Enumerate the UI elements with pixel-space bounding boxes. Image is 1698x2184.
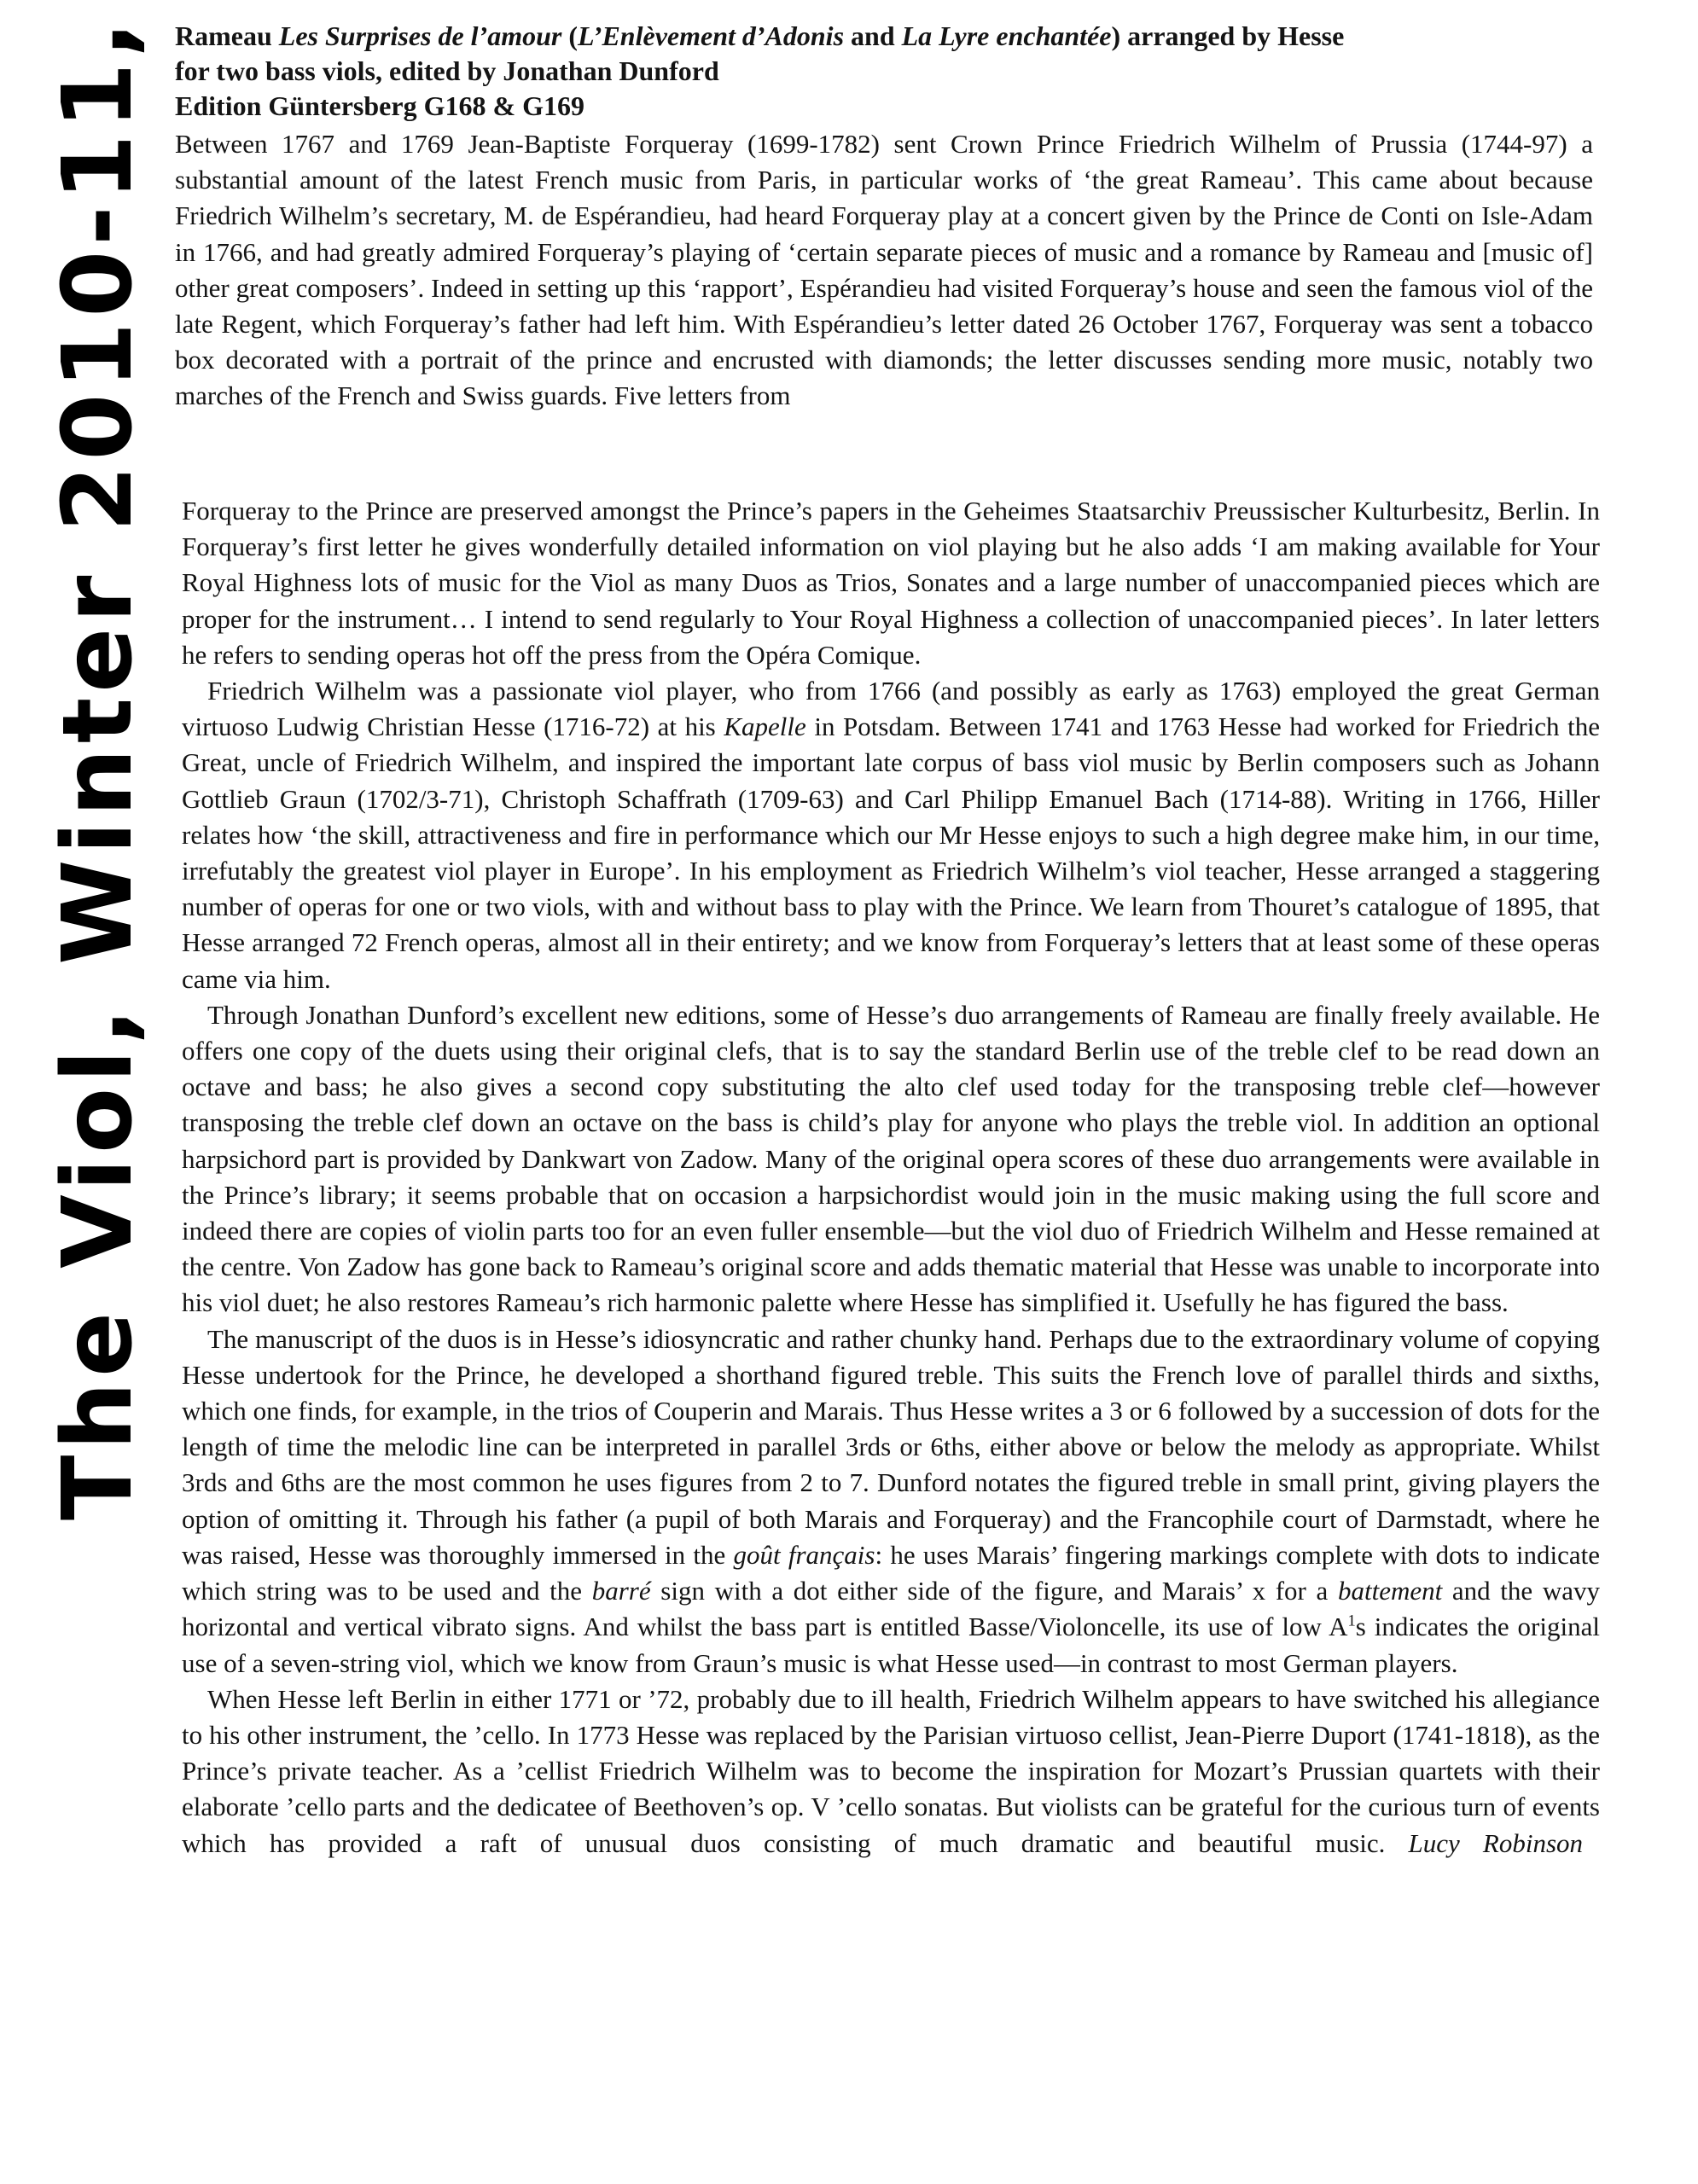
text-block-lower: Forqueray to the Prince are preserved am… bbox=[182, 493, 1600, 1862]
superscript: 1 bbox=[1347, 1612, 1355, 1630]
author-signature: Lucy Robinson bbox=[1409, 1828, 1601, 1858]
paragraph-5: When Hesse left Berlin in either 1771 or… bbox=[182, 1682, 1600, 1862]
heading-work-part-1: L’Enlèvement d’Adonis bbox=[578, 20, 844, 51]
italic-term: barré bbox=[592, 1576, 651, 1606]
review-page: The Viol, Winter 2010-11, No 21 Rameau L… bbox=[0, 0, 1698, 2184]
handwritten-margin-note: The Viol, Winter 2010-11, No 21 bbox=[34, 326, 162, 1520]
italic-term: goût français bbox=[734, 1540, 875, 1570]
heading-composer: Rameau bbox=[175, 20, 279, 51]
paragraph-2: Friedrich Wilhelm was a passionate viol … bbox=[182, 673, 1600, 997]
heading-line-editor: for two bass viols, edited by Jonathan D… bbox=[175, 54, 1596, 89]
italic-term: Kapelle bbox=[724, 712, 805, 741]
heading-text: ) arranged by Hesse bbox=[1111, 20, 1344, 51]
heading-work-part-2: La Lyre enchantée bbox=[902, 20, 1112, 51]
text-run: When Hesse left Berlin in either 1771 or… bbox=[182, 1684, 1600, 1858]
paragraph-1-continued: Forqueray to the Prince are preserved am… bbox=[182, 493, 1600, 673]
heading-text: ( bbox=[561, 20, 578, 51]
text-block-upper: Between 1767 and 1769 Jean-Baptiste Forq… bbox=[175, 126, 1593, 415]
heading-work-title: Les Surprises de l’amour bbox=[279, 20, 562, 51]
text-run: in Potsdam. Between 1741 and 1763 Hesse … bbox=[182, 712, 1600, 993]
heading-line-edition: Edition Güntersberg G168 & G169 bbox=[175, 89, 1596, 124]
heading-line-title: Rameau Les Surprises de l’amour (L’Enlèv… bbox=[175, 19, 1596, 54]
paragraph-3: Through Jonathan Dunford’s excellent new… bbox=[182, 997, 1600, 1321]
heading-text: and bbox=[844, 20, 902, 51]
paragraph-4: The manuscript of the duos is in Hesse’s… bbox=[182, 1321, 1600, 1682]
text-run: The manuscript of the duos is in Hesse’s… bbox=[182, 1324, 1600, 1570]
text-run: sign with a dot either side of the figur… bbox=[651, 1576, 1338, 1606]
review-heading: Rameau Les Surprises de l’amour (L’Enlèv… bbox=[175, 19, 1596, 124]
paragraph-1: Between 1767 and 1769 Jean-Baptiste Forq… bbox=[175, 126, 1593, 415]
italic-term: battement bbox=[1338, 1576, 1442, 1606]
